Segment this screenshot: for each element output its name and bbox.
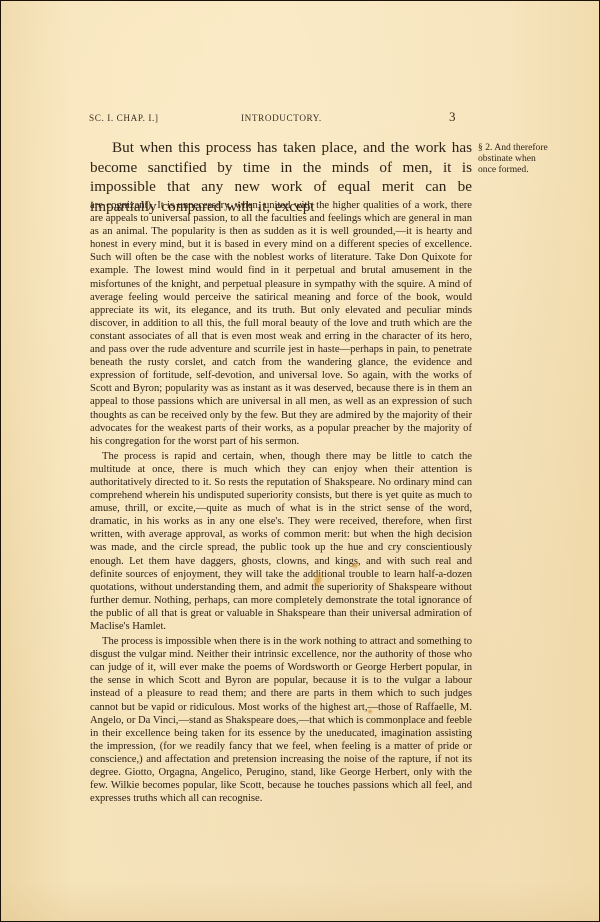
paragraph: The process is impossible when there is … <box>90 635 472 805</box>
paragraph: The process is rapid and certain, when, … <box>90 450 472 633</box>
page-number: 3 <box>449 109 456 125</box>
body-text: are cognizant). It is unnecessary, when,… <box>90 199 472 805</box>
paragraph-continuation: are cognizant). It is unnecessary, when,… <box>90 199 472 448</box>
chapter-title: INTRODUCTORY. <box>241 113 322 123</box>
section-reference: SC. I. CHAP. I.] <box>89 113 159 123</box>
margin-sidenote: § 2. And therefore obstinate when once f… <box>478 142 548 175</box>
page-edge-shading <box>1 881 599 921</box>
book-page: SC. I. CHAP. I.] INTRODUCTORY. 3 But whe… <box>0 0 600 922</box>
foxing-stain <box>367 709 373 714</box>
foxing-stain <box>351 562 359 569</box>
